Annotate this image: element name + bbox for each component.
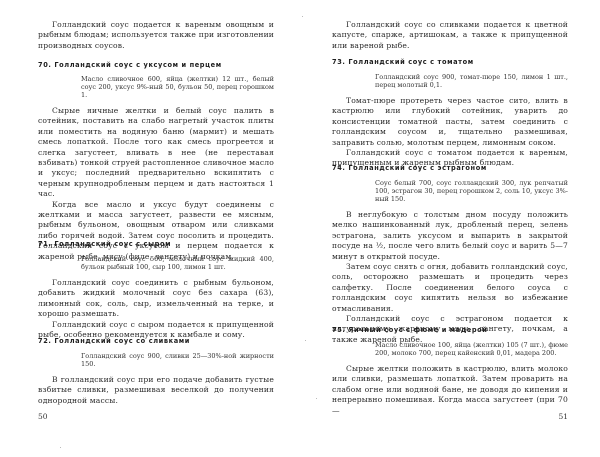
paragraph: Сырые яичные желтки и белый соус палить … [38,106,274,200]
paragraph: В неглубокую с толстым дном посуду полож… [332,210,568,262]
recipe-75: 75. Яичный соус с фюме и мадерой Масло с… [332,326,568,416]
paragraph: Сырые желтки положить в кастрюлю, влить … [332,364,568,416]
ingredients-list: Голландский соус 500, молочный соус жидк… [81,255,274,271]
ingredients-list: Соус белый 700, соус голландский 300, лу… [375,179,568,203]
page-number: 51 [558,412,568,421]
left-page: Голландский соус подается к вареным овощ… [38,0,274,457]
ingredients-list: Масло сливочное 100, яйца (желтки) 105 (… [375,341,568,357]
intro-paragraph: Голландский соус подается к вареным овощ… [38,20,274,51]
recipe-title: 71. Голландский соус с сыром [38,240,274,249]
scan-speck [316,398,317,399]
recipe-74: 74. Голландский соус с эстрагоном Соус б… [332,164,568,345]
ingredients-list: Масло сливочное 600, яйца (желтки) 12 шт… [81,75,274,99]
recipe-title: 74. Голландский соус с эстрагоном [332,164,568,173]
paragraph: Голландский соус соединить с рыбным буль… [38,278,274,320]
recipe-73: 73. Голландский соус с томатом Голландск… [332,58,568,169]
paragraph: Затем соус снять с огня, добавить голлан… [332,262,568,314]
ingredients-list: Голландский соус 900, сливки 25—30%-ной … [81,352,274,368]
recipe-70: 70. Голландский соус с уксусом и перцем … [38,61,274,262]
paragraph: Голландский соус со сливками подается к … [332,20,568,51]
recipe-title: 72. Голландский соус со сливками [38,337,274,346]
recipe-title: 75. Яичный соус с фюме и мадерой [332,326,568,335]
paragraph: В голландский соус при его подаче добави… [38,375,274,406]
scan-speck [305,340,306,341]
page-number: 50 [38,412,48,421]
recipe-title: 70. Голландский соус с уксусом и перцем [38,61,274,70]
ingredients-list: Голландский соус 900, томат-пюре 150, ли… [375,73,568,89]
recipe-71: 71. Голландский соус с сыром Голландский… [38,240,274,340]
recipe-title: 73. Голландский соус с томатом [332,58,568,67]
right-page: Голландский соус со сливками подается к … [332,0,568,457]
scan-speck [302,16,303,17]
intro-paragraph: Голландский соус со сливками подается к … [332,20,568,51]
paragraph: Томат-пюре протереть через частое сито, … [332,96,568,148]
scan-speck [60,447,61,448]
recipe-72: 72. Голландский соус со сливками Голланд… [38,337,274,406]
paragraph: Голландский соус подается к вареным овощ… [38,20,274,51]
